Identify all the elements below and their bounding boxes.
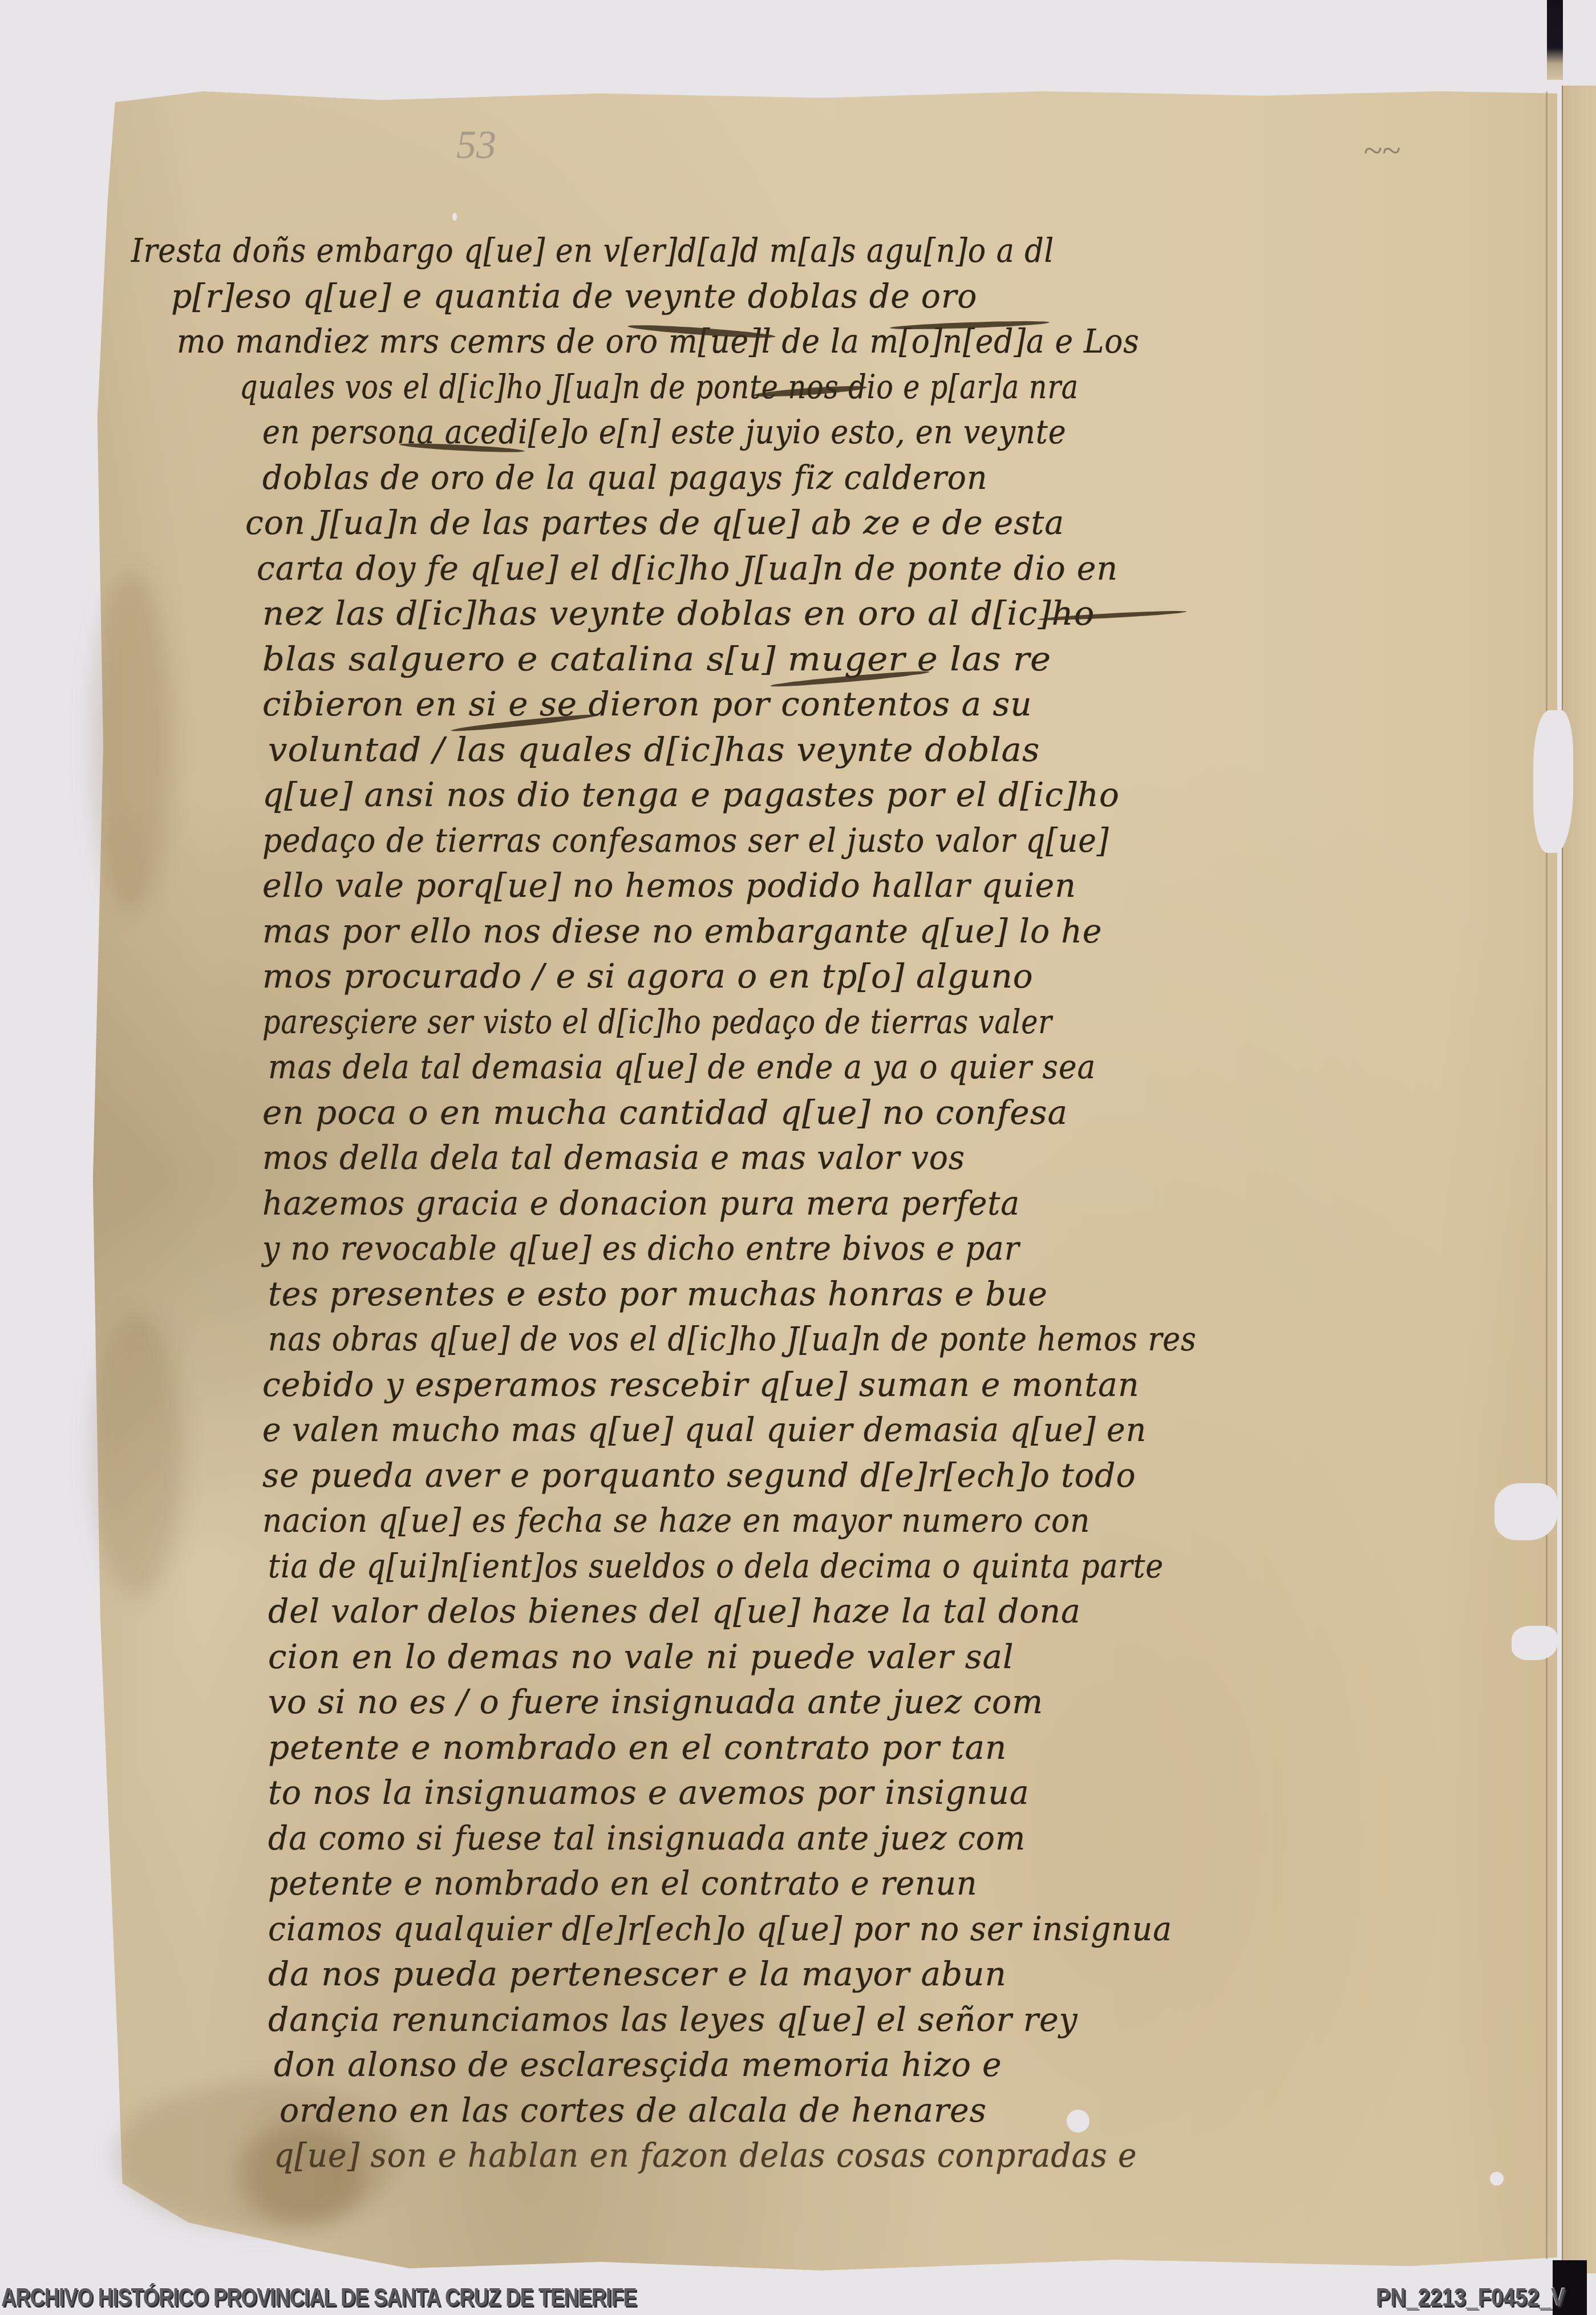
manuscript-line: blas salguero e catalina s[u] muger e la… [131,637,1512,682]
manuscript-text-block: Iresta doñs embargo q[ue] en v[er]d[a]d … [131,228,1512,2179]
wormhole [452,213,457,221]
manuscript-line: dançia renunciamos las leyes q[ue] el se… [131,1997,1512,2043]
manuscript-line: cion en lo demas no vale ni puede valer … [131,1634,1512,1680]
manuscript-line: da nos pueda pertenescer e la mayor abun [131,1952,1512,1997]
manuscript-line: cibieron en si e se dieron por contentos… [131,682,1512,727]
manuscript-line: mos procurado / e si agora o en tp[o] al… [131,954,1512,999]
manuscript-line: pedaço de tierras confesamos ser el just… [131,818,1512,864]
manuscript-line: mas por ello nos diese no embargante q[u… [131,909,1512,954]
manuscript-line: en persona acedi[e]o e[n] este juyio est… [131,410,1512,455]
manuscript-line: mas dela tal demasia q[ue] de ende a ya … [131,1045,1512,1090]
adjacent-page-edge [1562,86,1596,2273]
manuscript-line: petente e nombrado en el contrato por ta… [131,1725,1512,1771]
manuscript-line: don alonso de esclaresçida memoria hizo … [131,2042,1512,2088]
manuscript-line: tes presentes e esto por muchas honras e… [131,1272,1512,1317]
manuscript-line: del valor delos bienes del q[ue] haze la… [131,1589,1512,1634]
binding-strip-top [1547,0,1563,80]
manuscript-line: nas obras q[ue] de vos el d[ic]ho J[ua]n… [131,1317,1512,1362]
manuscript-line: ordeno en las cortes de alcala de henare… [131,2088,1512,2134]
manuscript-line: ello vale porq[ue] no hemos podido halla… [131,863,1512,909]
manuscript-line: doblas de oro de la qual pagays fiz cald… [131,455,1512,501]
manuscript-line: mos della dela tal demasia e mas valor v… [131,1135,1512,1181]
manuscript-line: carta doy fe q[ue] el d[ic]ho J[ua]n de … [131,546,1512,592]
manuscript-line: tia de q[ui]n[ient]os sueldos o dela dec… [131,1544,1512,1589]
faint-margin-scribble: ~~ [1363,131,1400,171]
archive-name-label: ARCHIVO HISTÓRICO PROVINCIAL DE SANTA CR… [1,2284,637,2312]
manuscript-line: ciamos qualquier d[e]r[ech]o q[ue] por n… [131,1907,1512,1952]
manuscript-line: to nos la insignuamos e avemos por insig… [131,1770,1512,1816]
manuscript-line: e valen mucho mas q[ue] qual quier demas… [131,1407,1512,1453]
manuscript-line: p[r]eso q[ue] e quantia de veynte doblas… [131,274,1512,319]
manuscript-line: cebido y esperamos rescebir q[ue] suman … [131,1362,1512,1408]
manuscript-line: se pueda aver e porquanto segund d[e]r[e… [131,1453,1512,1499]
fold-line [1546,91,1548,2259]
manuscript-line: con J[ua]n de las partes de q[ue] ab ze … [131,500,1512,546]
faint-folio-number: 53 [456,123,496,168]
manuscript-line: voluntad / las quales d[ic]has veynte do… [131,727,1512,773]
manuscript-line: q[ue] son e hablan en fazon delas cosas … [131,2133,1512,2179]
manuscript-line: petente e nombrado en el contrato e renu… [131,1861,1512,1907]
binding-hole [1533,710,1573,853]
manuscript-line: paresçiere ser visto el d[ic]ho pedaço d… [131,999,1512,1045]
binding-hole [1512,1626,1557,1660]
manuscript-line: y no revocable q[ue] es dicho entre bivo… [131,1226,1512,1272]
manuscript-line: nez las d[ic]has veynte doblas en oro al… [131,591,1512,637]
manuscript-line: da como si fuese tal insignuada ante jue… [131,1816,1512,1861]
manuscript-line: en poca o en mucha cantidad q[ue] no con… [131,1090,1512,1136]
manuscript-line: vo si no es / o fuere insignuada ante ju… [131,1679,1512,1725]
manuscript-line: mo mandiez mrs cemrs de oro m[ue]l de la… [131,319,1512,365]
image-reference-label: PN_2213_F0452_V [1376,2284,1565,2312]
manuscript-line: Iresta doñs embargo q[ue] en v[er]d[a]d … [131,228,1512,274]
manuscript-line: hazemos gracia e donacion pura mera perf… [131,1181,1512,1227]
manuscript-line: q[ue] ansi nos dio tenga e pagastes por … [131,772,1512,818]
manuscript-line: nacion q[ue] es fecha se haze en mayor n… [131,1498,1512,1544]
